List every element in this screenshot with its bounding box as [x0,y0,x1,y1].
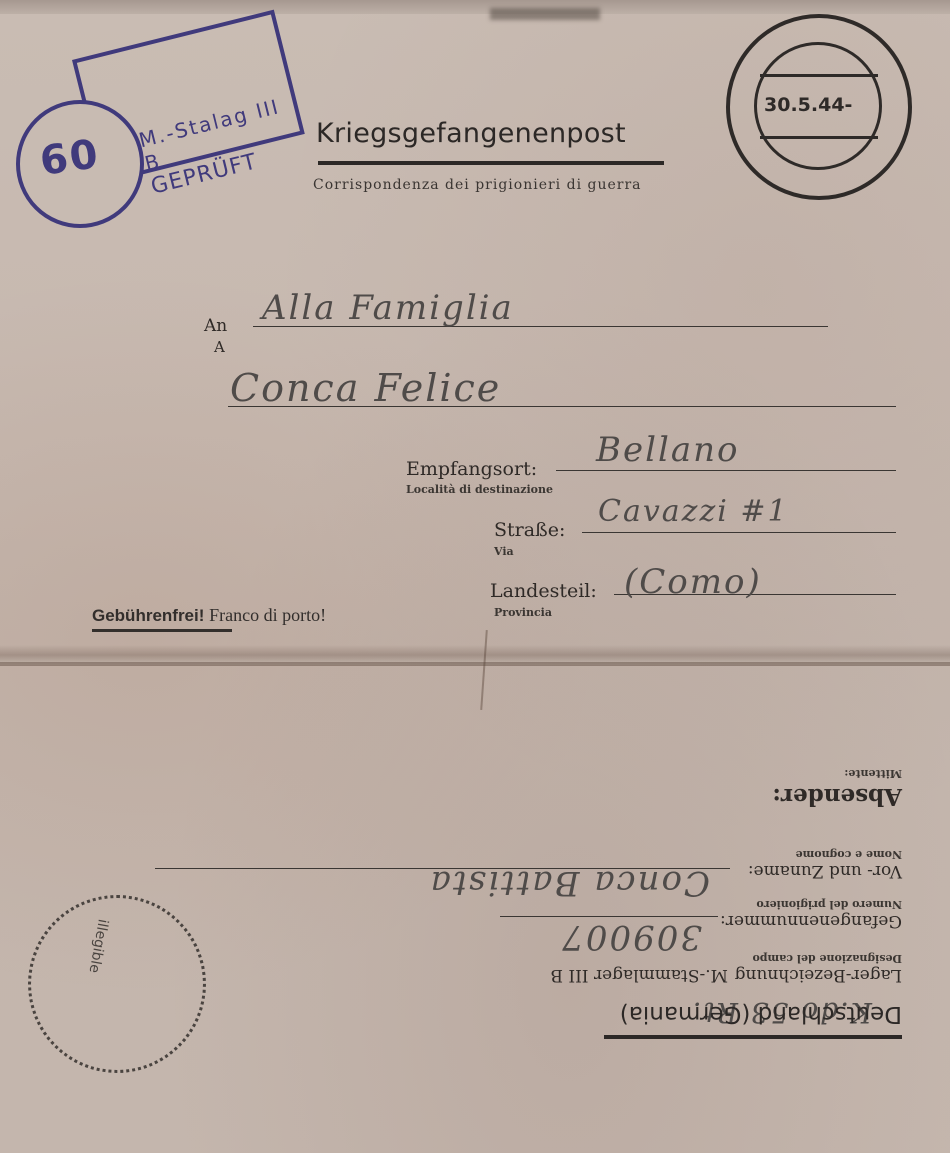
prisoner-number-label: Gefangenennummer: [720,911,902,931]
street-line [582,532,896,533]
postmark-bottom: illegible [28,895,206,1073]
postage-free-it: Franco di porto! [209,605,326,625]
postmark: 30.5.44- [726,14,912,200]
prisoner-number-label-it: Numero del prigioniero [756,898,902,911]
sender-name-label-it: Nome e cognome [796,848,902,861]
top-edge [0,0,950,14]
sender-heading-it: Mittente: [844,767,902,780]
censor-number: 60 [37,131,102,185]
censor-stamp: 60 M.-Stalag III B GEPRÜFT [12,40,292,230]
camp-label-it: Designazione del campo [752,952,902,965]
destination-country: Deutschland (Germania) [620,1001,902,1027]
street-label-it: Via [494,545,514,558]
destination-label: Empfangsort: [406,458,537,480]
camp-label: Lager-Bezeichnung [735,965,902,985]
destination-line [556,470,896,471]
sender-name-label: Vor- und Zuname: [748,861,902,881]
street-label: Straße: [494,519,565,541]
postmark-bar [760,136,878,139]
province-value: (Como) [624,562,762,602]
postage-rule [92,629,232,632]
postmark-bottom-text: illegible [86,918,111,974]
to-label: An [204,316,227,336]
destination-label-it: Località di destinazione [406,483,553,496]
street-value: Cavazzi #1 [598,494,789,529]
title-rule [318,161,664,165]
postage-free: Gebührenfrei! Franco di porto! [92,605,326,626]
sender-heading: Absender: [772,783,902,810]
postmark-date: 30.5.44- [764,94,852,116]
province-label-it: Provincia [494,606,552,619]
postage-free-de: Gebührenfrei! [92,606,204,625]
to-label-it: A [214,338,225,356]
destination-value: Bellano [596,430,740,470]
recipient-line-1: Alla Famiglia [262,288,514,328]
prisoner-number: 309007 [560,917,702,957]
recipient-line-2: Conca Felice [230,366,501,410]
country-rule [604,1035,902,1039]
sender-name: Conca Battista [429,863,710,903]
camp-value: M.-Stammlager III B [551,965,729,985]
postmark-bar [760,74,878,77]
province-label: Landesteil: [490,580,597,602]
ink-smudge [490,8,600,20]
document-subtitle: Corrispondenza dei prigionieri di guerra [313,177,642,193]
document-title: Kriegsgefangenenpost [316,118,626,149]
